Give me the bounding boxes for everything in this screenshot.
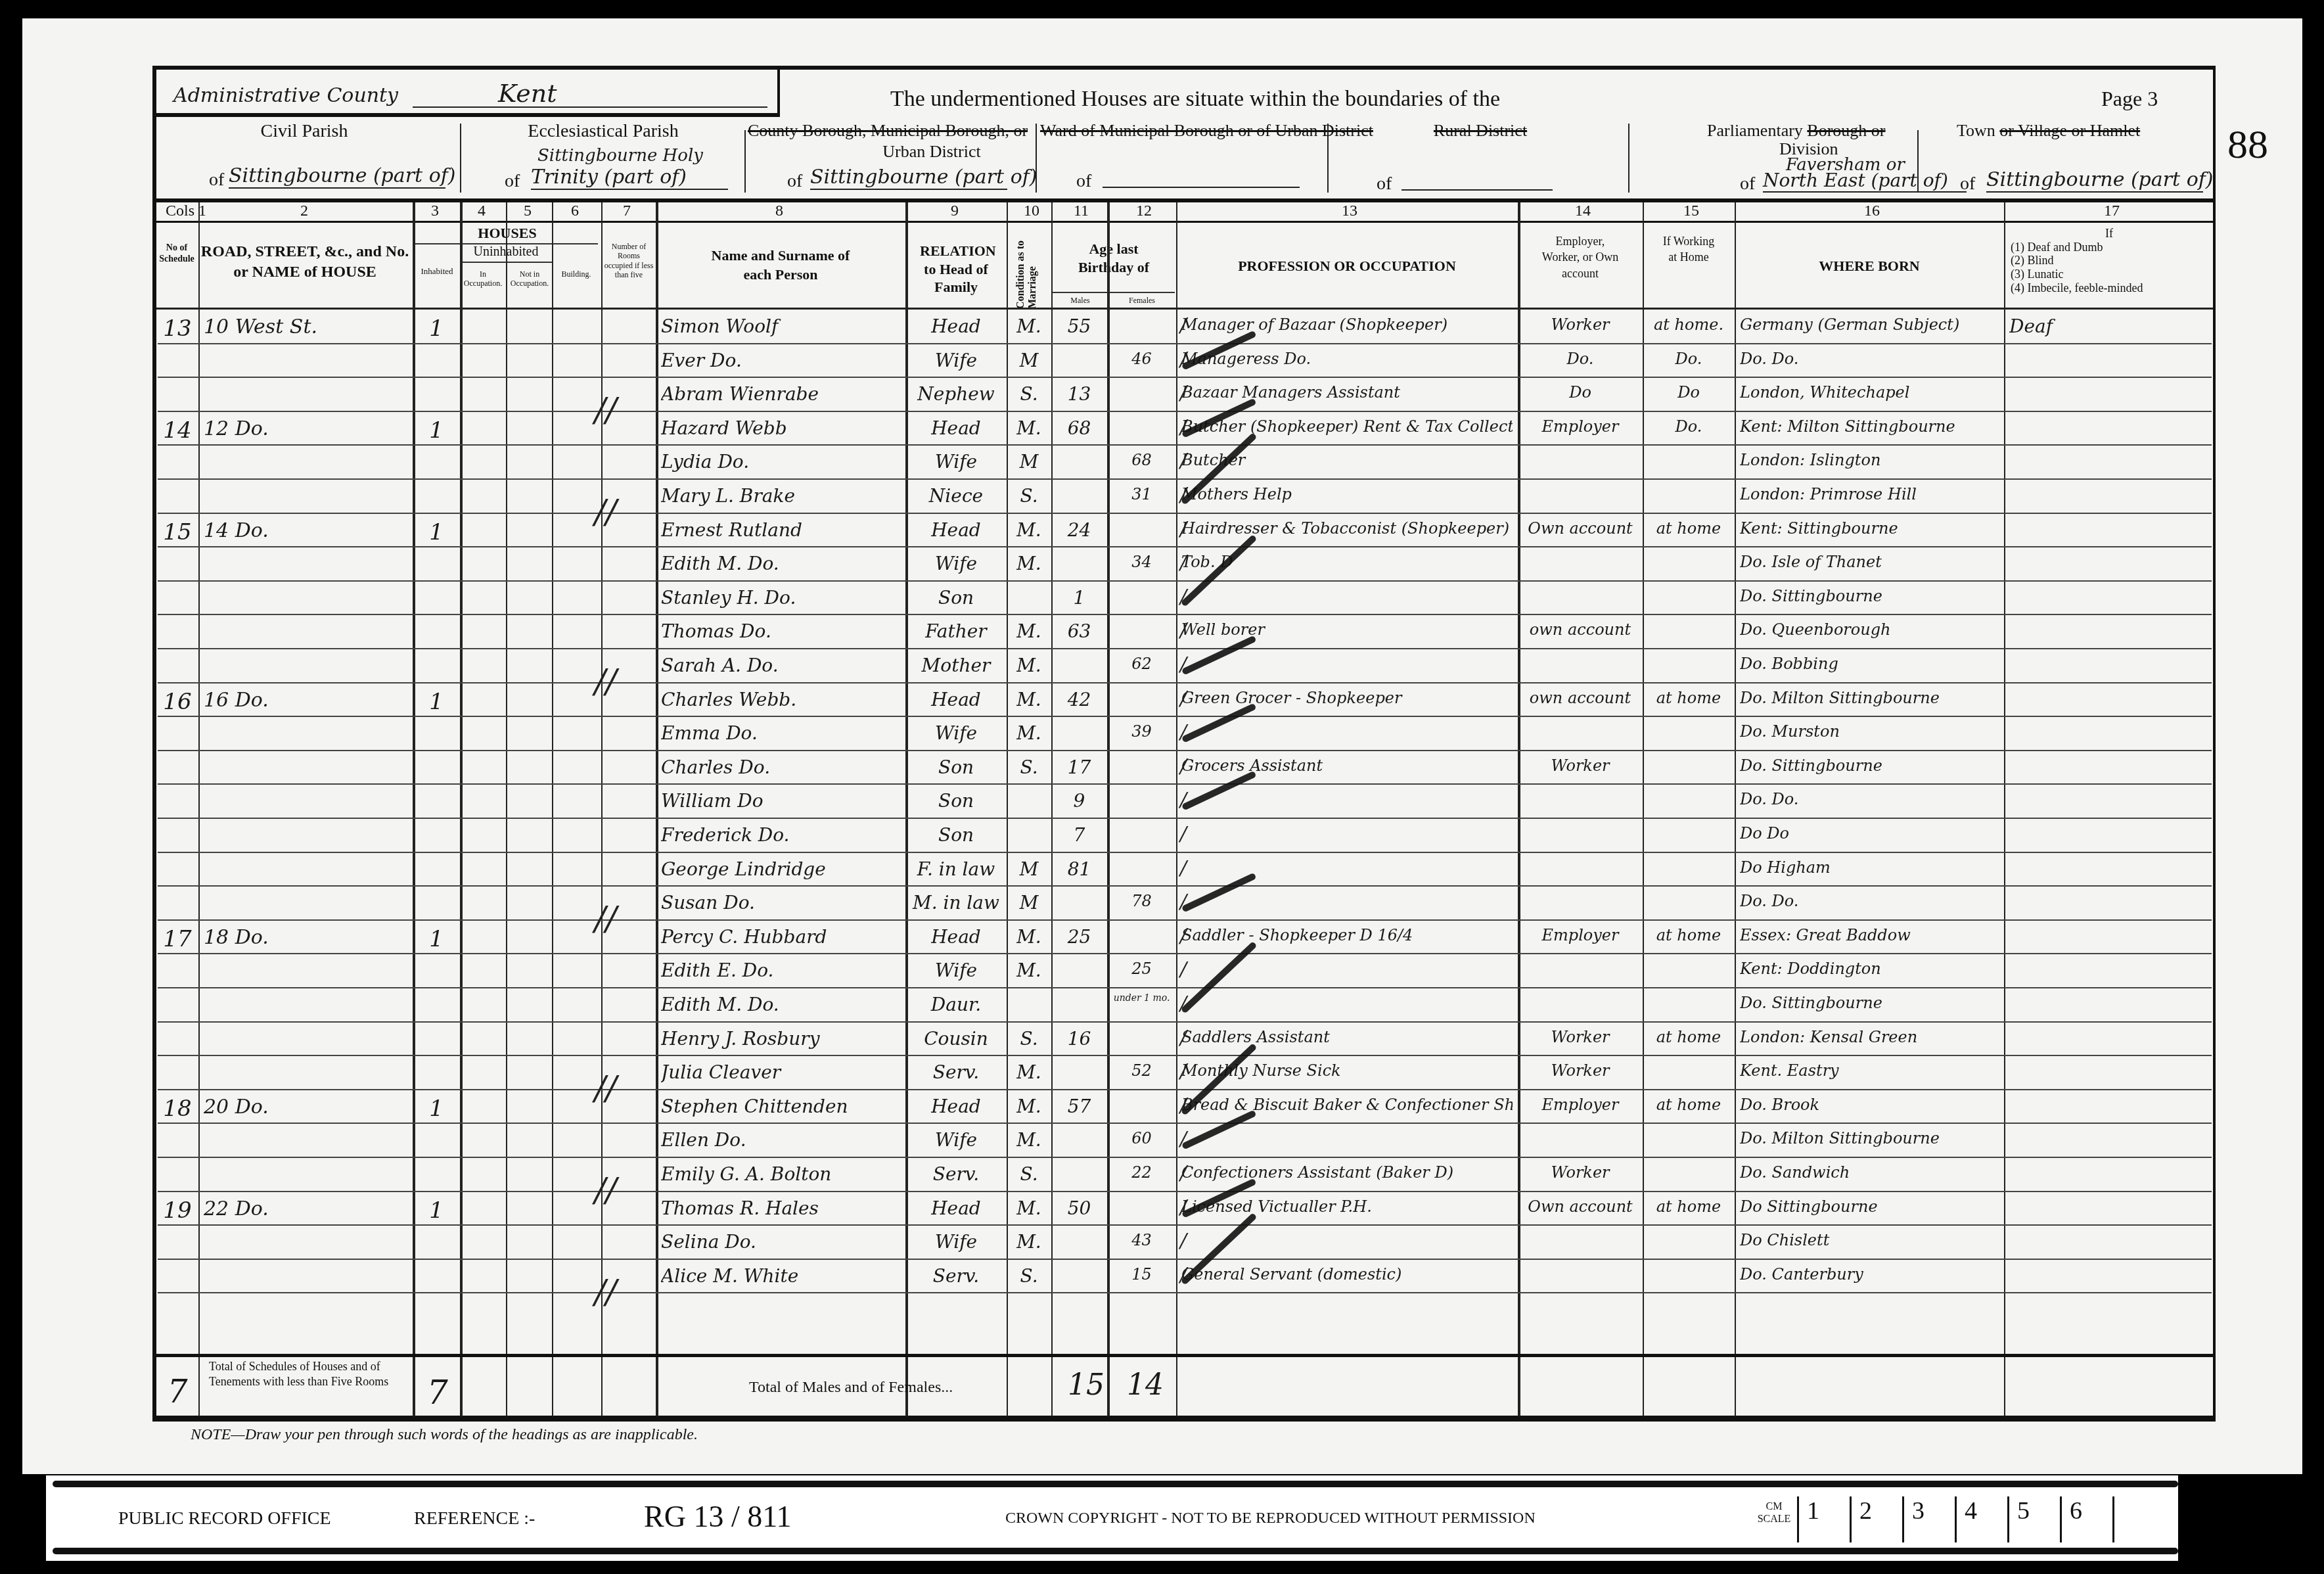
cell-employment: Employer bbox=[1523, 926, 1637, 944]
cell-condition: S. bbox=[1012, 1265, 1046, 1287]
cell-condition: M bbox=[1012, 350, 1046, 371]
cell-condition: S. bbox=[1012, 756, 1046, 778]
cell-name: Emily G. A. Bolton bbox=[661, 1163, 900, 1185]
ward-value-line bbox=[1103, 187, 1300, 188]
table-row: Abram WienrabeNephewS.13Bazaar Managers … bbox=[0, 378, 2324, 412]
col-header-employment: Employer, Worker, or Own account bbox=[1521, 233, 1639, 281]
cell-condition: M. bbox=[1012, 620, 1046, 642]
cell-at-home: Do. bbox=[1648, 417, 1729, 436]
table-row: Mary L. BrakeNieceS.31Mothers HelpLondon… bbox=[0, 480, 2324, 514]
cell-relation: Son bbox=[911, 824, 1001, 846]
cell-age-m: 50 bbox=[1057, 1197, 1102, 1219]
scale-mark: 5 bbox=[2007, 1496, 2059, 1542]
cell-relation: Niece bbox=[911, 485, 1001, 507]
cell-age-m: 81 bbox=[1057, 858, 1102, 880]
household-separator-icon: // bbox=[595, 1273, 617, 1311]
cell-employment: Worker bbox=[1523, 756, 1637, 775]
column-numbers-row: Cols 1234567891011121314151617 bbox=[0, 202, 2324, 222]
cell-age-m: 7 bbox=[1057, 824, 1102, 846]
urban-district-struck-label: County Borough, Municipal Borough, or bbox=[748, 121, 1024, 141]
cell-age-m: 13 bbox=[1057, 383, 1102, 405]
infirmity-item: (3) Lunatic bbox=[2011, 267, 2208, 281]
check-tick-icon: / bbox=[1180, 925, 1187, 948]
cell-age-f: 15 bbox=[1112, 1265, 1171, 1284]
col-header-at-home: If Working at Home bbox=[1646, 233, 1731, 266]
cell-employment: own account bbox=[1523, 620, 1637, 639]
col-header-condition: Condition as to Marriage bbox=[1015, 223, 1038, 309]
cell-age-f: 68 bbox=[1112, 451, 1171, 469]
cell-born: Do Higham bbox=[1740, 858, 1999, 877]
cell-relation: Head bbox=[911, 315, 1001, 337]
cell-condition: M. bbox=[1012, 1129, 1046, 1151]
males-total: 15 bbox=[1068, 1368, 1105, 1402]
eccl-parish-value: Trinity (part of) bbox=[531, 166, 728, 190]
cell-age-m: 24 bbox=[1057, 519, 1102, 541]
cell-born: Do. Milton Sittingbourne bbox=[1740, 1129, 1999, 1147]
cell-age-f: 60 bbox=[1112, 1129, 1171, 1147]
rule bbox=[156, 1354, 2213, 1357]
cell-relation: Head bbox=[911, 519, 1001, 541]
cell-born: Do. Bobbing bbox=[1740, 655, 1999, 673]
footer-reference-value: RG 13 / 811 bbox=[644, 1499, 791, 1534]
cell-relation: Son bbox=[911, 756, 1001, 778]
household-separator-icon: // bbox=[595, 1171, 617, 1209]
cell-address: 18 Do. bbox=[204, 926, 407, 949]
cell-relation: Serv. bbox=[911, 1061, 1001, 1083]
cell-name: Hazard Webb bbox=[661, 417, 900, 439]
cell-at-home: at home bbox=[1648, 689, 1729, 707]
table-row: Edith M. Do.WifeM.34Tob. DDo. Isle of Th… bbox=[0, 547, 2324, 582]
table-row: Edith M. Do.Daur.under 1 mo.Do. Sittingb… bbox=[0, 988, 2324, 1023]
check-tick-icon: / bbox=[1180, 755, 1187, 778]
cell-schedule: 16 bbox=[162, 689, 193, 715]
cell-condition: M. bbox=[1012, 1197, 1046, 1219]
column-number: 2 bbox=[300, 202, 308, 220]
cell-employment: Worker bbox=[1523, 1163, 1637, 1182]
scale-mark: 2 bbox=[1850, 1496, 1901, 1542]
cell-occupation: Manageress Do. bbox=[1181, 350, 1513, 368]
infirmity-item: (2) Blind bbox=[2011, 254, 2208, 267]
check-tick-icon: / bbox=[1180, 958, 1187, 981]
urban-district-label: Urban District bbox=[748, 142, 1024, 162]
folio-number: 88 bbox=[2227, 122, 2268, 168]
table-row: Edith E. Do.WifeM.25Kent: Doddington/ bbox=[0, 954, 2324, 988]
cell-born: Kent. Eastry bbox=[1740, 1061, 1999, 1080]
cell-condition: M. bbox=[1012, 689, 1046, 710]
cell-relation: F. in law bbox=[911, 858, 1001, 880]
cell-age-f: 34 bbox=[1112, 553, 1171, 571]
check-tick-icon: / bbox=[1180, 687, 1187, 710]
cell-employment: Worker bbox=[1523, 1061, 1637, 1080]
page-number: Page 3 bbox=[2101, 87, 2158, 111]
table-row: Stanley H. Do.Son1Do. Sittingbourne/ bbox=[0, 582, 2324, 616]
check-tick-icon: / bbox=[1180, 1060, 1187, 1083]
cell-age-m: 9 bbox=[1057, 790, 1102, 812]
table-row: Henry J. RosburyCousinS.16Saddlers Assis… bbox=[0, 1023, 2324, 1057]
divider bbox=[744, 130, 746, 193]
cell-occupation: Bazaar Managers Assistant bbox=[1181, 383, 1513, 402]
household-separator-icon: // bbox=[595, 900, 617, 938]
cell-born: London: Islington bbox=[1740, 451, 1999, 469]
cell-age-m: 68 bbox=[1057, 417, 1102, 439]
cell-condition: S. bbox=[1012, 485, 1046, 507]
column-number: 9 bbox=[951, 202, 959, 220]
cell-name: Edith M. Do. bbox=[661, 553, 900, 574]
table-row: William DoSon9Do. Do./ bbox=[0, 785, 2324, 819]
cell-age-f: 52 bbox=[1112, 1061, 1171, 1080]
table-row: Selina Do.WifeM.43Do Chislett/ bbox=[0, 1226, 2324, 1260]
cell-at-home: at home bbox=[1648, 1197, 1729, 1216]
cell-occupation: Manager of Bazaar (Shopkeeper) bbox=[1181, 315, 1513, 334]
cell-born: Do. Do. bbox=[1740, 892, 1999, 910]
cell-condition: S. bbox=[1012, 383, 1046, 405]
cell-name: Edith E. Do. bbox=[661, 960, 900, 981]
schedules-total-label: Total of Schedules of Houses and of Tene… bbox=[209, 1359, 399, 1390]
col-header-males: Males bbox=[1053, 296, 1108, 306]
column-number: 5 bbox=[524, 202, 532, 220]
cell-born: Do. Canterbury bbox=[1740, 1265, 1999, 1284]
household-separator-icon: // bbox=[595, 493, 617, 531]
col-header-occupation: PROFESSION OR OCCUPATION bbox=[1179, 258, 1515, 275]
col-header-not-in-occupation: Not in Occupation. bbox=[507, 269, 552, 289]
cell-schedule: 18 bbox=[162, 1096, 193, 1122]
cell-name: Julia Cleaver bbox=[661, 1061, 900, 1083]
cell-age-m: 1 bbox=[1057, 587, 1102, 609]
cell-born: Do. Sandwich bbox=[1740, 1163, 1999, 1182]
column-number: 8 bbox=[775, 202, 783, 220]
rule bbox=[1053, 292, 1175, 293]
table-row: Susan Do.M. in lawM78Do. Do./ bbox=[0, 887, 2324, 921]
col-header-building: Building. bbox=[553, 269, 599, 279]
cell-occupation: Green Grocer - Shopkeeper bbox=[1181, 689, 1513, 707]
cell-occupation: Hairdresser & Tobacconist (Shopkeeper) bbox=[1181, 519, 1513, 538]
parliamentary-label-text: Parliamentary bbox=[1707, 121, 1803, 140]
table-row: Alice M. WhiteServ.S.15General Servant (… bbox=[0, 1260, 2324, 1294]
cell-age-f: 31 bbox=[1112, 485, 1171, 503]
rural-district-value-line bbox=[1401, 189, 1553, 191]
cell-occupation: Saddlers Assistant bbox=[1181, 1028, 1513, 1046]
column-number: 7 bbox=[623, 202, 631, 220]
inhabited-total: 7 bbox=[427, 1374, 448, 1412]
archive-footer: PUBLIC RECORD OFFICE REFERENCE :- RG 13 … bbox=[46, 1475, 2178, 1561]
cell-condition: M. bbox=[1012, 417, 1046, 439]
civil-parish-label: Civil Parish bbox=[156, 121, 452, 142]
check-tick-icon: / bbox=[1180, 1162, 1187, 1185]
cell-name: Sarah A. Do. bbox=[661, 655, 900, 676]
cell-relation: Son bbox=[911, 587, 1001, 609]
cell-schedule: 19 bbox=[162, 1197, 193, 1224]
cell-age-m: 42 bbox=[1057, 689, 1102, 710]
cell-address: 16 Do. bbox=[204, 689, 407, 712]
cell-condition: M bbox=[1012, 892, 1046, 914]
cell-born: Do Do bbox=[1740, 824, 1999, 843]
females-total: 14 bbox=[1127, 1368, 1164, 1402]
cell-born: Do. Queenborough bbox=[1740, 620, 1999, 639]
cell-condition: M. bbox=[1012, 315, 1046, 337]
footer-office: PUBLIC RECORD OFFICE bbox=[118, 1508, 331, 1529]
cell-relation: Wife bbox=[911, 1231, 1001, 1253]
rule bbox=[156, 221, 2213, 223]
check-tick-icon: / bbox=[1180, 450, 1187, 473]
cell-relation: Wife bbox=[911, 451, 1001, 473]
cell-relation: Head bbox=[911, 926, 1001, 948]
cell-born: Do. Sittingbourne bbox=[1740, 994, 1999, 1012]
col-header-in-occupation: In Occupation. bbox=[460, 269, 506, 289]
column-number: 13 bbox=[1342, 202, 1357, 220]
cell-address: 12 Do. bbox=[204, 417, 407, 440]
table-row: 1514 Do.1Ernest RutlandHeadM.24Hairdress… bbox=[0, 514, 2324, 548]
household-separator-icon: // bbox=[595, 1069, 617, 1107]
table-row: Emma Do.WifeM.39Do. Murston/ bbox=[0, 717, 2324, 751]
cell-name: George Lindridge bbox=[661, 858, 900, 880]
divider bbox=[1036, 124, 1037, 193]
cell-at-home: at home. bbox=[1648, 315, 1729, 334]
rural-district-struck-label: Rural District bbox=[1333, 121, 1628, 141]
check-tick-icon: / bbox=[1180, 314, 1187, 337]
cell-address: 22 Do. bbox=[204, 1197, 407, 1220]
cell-name: Stephen Chittenden bbox=[661, 1096, 900, 1117]
cell-name: Ellen Do. bbox=[661, 1129, 900, 1151]
col-header-road: ROAD, STREET, &c., and No. or NAME of HO… bbox=[200, 242, 409, 283]
cell-born: London: Kensal Green bbox=[1740, 1028, 1999, 1046]
cell-age-m: 55 bbox=[1057, 315, 1102, 337]
column-number: 16 bbox=[1864, 202, 1880, 220]
parliamentary-value: North East (part of) bbox=[1763, 170, 1967, 193]
cell-condition: M bbox=[1012, 858, 1046, 880]
footer-scale-label: CM SCALE bbox=[1754, 1500, 1794, 1525]
cell-employment: Own account bbox=[1523, 519, 1637, 538]
page-note: NOTE—Draw your pen through such words of… bbox=[191, 1426, 698, 1444]
cell-name: Henry J. Rosbury bbox=[661, 1028, 900, 1050]
cell-occupation: Mothers Help bbox=[1181, 485, 1513, 503]
check-tick-icon: / bbox=[1180, 619, 1187, 642]
cell-name: Ernest Rutland bbox=[661, 519, 900, 541]
cell-name: Emma Do. bbox=[661, 722, 900, 744]
admin-county-label: Administrative County bbox=[173, 84, 398, 107]
cell-relation: Wife bbox=[911, 1129, 1001, 1151]
table-row: Charles Do.SonS.17Grocers AssistantWorke… bbox=[0, 751, 2324, 785]
table-row: 1616 Do.1Charles Webb.HeadM.42Green Groc… bbox=[0, 683, 2324, 718]
cell-age-f: 46 bbox=[1112, 350, 1171, 368]
cell-employment: Employer bbox=[1523, 1096, 1637, 1114]
cell-occupation: Grocers Assistant bbox=[1181, 756, 1513, 775]
cell-name: Alice M. White bbox=[661, 1265, 900, 1287]
cell-born: London: Primrose Hill bbox=[1740, 485, 1999, 503]
column-number: 10 bbox=[1024, 202, 1039, 220]
cell-condition: M. bbox=[1012, 1096, 1046, 1117]
cell-occupation: Well borer bbox=[1181, 620, 1513, 639]
cell-occupation: General Servant (domestic) bbox=[1181, 1265, 1513, 1284]
col-header-where-born: WHERE BORN bbox=[1738, 258, 2001, 275]
cell-name: Stanley H. Do. bbox=[661, 587, 900, 609]
check-tick-icon: / bbox=[1180, 857, 1187, 880]
column-number: 11 bbox=[1074, 202, 1089, 220]
cell-condition: M. bbox=[1012, 1231, 1046, 1253]
household-separator-icon: // bbox=[595, 391, 617, 429]
cell-name: Abram Wienrabe bbox=[661, 383, 900, 405]
cell-born: Do. Murston bbox=[1740, 722, 1999, 741]
cell-occupation: Saddler - Shopkeeper D 16/4 bbox=[1181, 926, 1513, 944]
cell-relation: Cousin bbox=[911, 1028, 1001, 1050]
cell-name: William Do bbox=[661, 790, 900, 812]
cell-age-m: 16 bbox=[1057, 1028, 1102, 1050]
admin-county-box: Administrative County Kent bbox=[156, 70, 780, 117]
column-number: 4 bbox=[478, 202, 486, 220]
cell-inhabited: 1 bbox=[418, 1096, 455, 1122]
admin-county-line bbox=[413, 106, 767, 108]
table-row: 1922 Do.1Thomas R. HalesHeadM.50Licensed… bbox=[0, 1192, 2324, 1226]
cell-at-home: at home bbox=[1648, 1096, 1729, 1114]
ward-struck-label: Ward of Municipal Borough or of Urban Di… bbox=[1040, 121, 1323, 141]
cell-name: Thomas Do. bbox=[661, 620, 900, 642]
cell-relation: Wife bbox=[911, 553, 1001, 574]
cell-born: Do. Sittingbourne bbox=[1740, 756, 1999, 775]
cell-born: Kent: Doddington bbox=[1740, 960, 1999, 978]
scale-mark: 4 bbox=[1955, 1496, 2006, 1542]
cell-employment: own account bbox=[1523, 689, 1637, 707]
cell-age-f: 39 bbox=[1112, 722, 1171, 741]
cell-relation: Head bbox=[911, 1197, 1001, 1219]
cell-at-home: at home bbox=[1648, 519, 1729, 538]
cell-born: Do Sittingbourne bbox=[1740, 1197, 1999, 1216]
cell-relation: Head bbox=[911, 689, 1001, 710]
cell-relation: Serv. bbox=[911, 1265, 1001, 1287]
cell-born: Do. Do. bbox=[1740, 350, 1999, 368]
cell-age-f: 78 bbox=[1112, 892, 1171, 910]
cell-age-m: 57 bbox=[1057, 1096, 1102, 1117]
cell-condition: M. bbox=[1012, 926, 1046, 948]
col-header-relation: RELATION to Head of Family bbox=[907, 242, 1005, 296]
scale-mark: 6 bbox=[2060, 1496, 2111, 1542]
cell-age-m: 25 bbox=[1057, 926, 1102, 948]
cell-relation: Serv. bbox=[911, 1163, 1001, 1185]
table-row: Ever Do.WifeM46Manageress Do.Do.Do.Do. D… bbox=[0, 344, 2324, 379]
rule bbox=[156, 308, 2213, 310]
column-number: 12 bbox=[1136, 202, 1152, 220]
cell-inhabited: 1 bbox=[418, 315, 455, 342]
col-header-rooms: Number of Rooms occupied if less than fi… bbox=[603, 242, 654, 280]
scale-mark-blank bbox=[2112, 1496, 2178, 1542]
cell-born: Do. Do. bbox=[1740, 790, 1999, 808]
cell-relation: M. in law bbox=[911, 892, 1001, 914]
rural-district-of: of bbox=[1377, 174, 1392, 195]
cell-relation: Wife bbox=[911, 722, 1001, 744]
check-tick-icon: / bbox=[1180, 1230, 1187, 1253]
cell-born: Do Chislett bbox=[1740, 1231, 1999, 1249]
column-number: 14 bbox=[1575, 202, 1591, 220]
cell-name: Thomas R. Hales bbox=[661, 1197, 900, 1219]
infirmity-item: (1) Deaf and Dumb bbox=[2011, 241, 2208, 254]
col-header-houses: HOUSES bbox=[415, 225, 599, 242]
cell-relation: Father bbox=[911, 620, 1001, 642]
cell-name: Lydia Do. bbox=[661, 451, 900, 473]
table-row: 1412 Do.1Hazard WebbHeadM.68Butcher (Sho… bbox=[0, 412, 2324, 446]
cell-occupation: Licensed Victualler P.H. bbox=[1181, 1197, 1513, 1216]
cell-schedule: 13 bbox=[162, 315, 193, 342]
cell-born: Germany (German Subject) bbox=[1740, 315, 1999, 334]
footer-reference-label: REFERENCE :- bbox=[414, 1508, 535, 1529]
cell-name: Mary L. Brake bbox=[661, 485, 900, 507]
table-row: Frederick Do.Son7Do Do/ bbox=[0, 819, 2324, 853]
cell-employment: Own account bbox=[1523, 1197, 1637, 1216]
cell-address: 14 Do. bbox=[204, 519, 407, 542]
cell-schedule: 14 bbox=[162, 417, 193, 444]
cell-condition: M. bbox=[1012, 722, 1046, 744]
check-tick-icon: / bbox=[1180, 518, 1187, 541]
cell-relation: Wife bbox=[911, 350, 1001, 371]
cell-condition: S. bbox=[1012, 1028, 1046, 1050]
check-tick-icon: / bbox=[1180, 823, 1187, 846]
cell-inhabited: 1 bbox=[418, 417, 455, 444]
cell-inhabited: 1 bbox=[418, 689, 455, 715]
cell-inhabited: 1 bbox=[418, 926, 455, 952]
col-header-inhabited: Inhabited bbox=[415, 266, 459, 277]
cell-condition: M. bbox=[1012, 960, 1046, 981]
check-tick-icon: / bbox=[1180, 1027, 1187, 1050]
cell-born: Do. Isle of Thanet bbox=[1740, 553, 1999, 571]
table-row: Thomas Do.FatherM.63Well borerown accoun… bbox=[0, 615, 2324, 649]
parliamentary-of: of bbox=[1740, 174, 1755, 195]
cell-relation: Wife bbox=[911, 960, 1001, 981]
cell-born: Kent: Milton Sittingbourne bbox=[1740, 417, 1999, 436]
cell-name: Edith M. Do. bbox=[661, 994, 900, 1015]
header-title: The undermentioned Houses are situate wi… bbox=[890, 87, 1500, 112]
cell-employment: Do. bbox=[1523, 350, 1637, 368]
table-row: 1820 Do.1Stephen ChittendenHeadM.57Bread… bbox=[0, 1090, 2324, 1124]
cell-at-home: at home bbox=[1648, 926, 1729, 944]
cell-condition: M. bbox=[1012, 519, 1046, 541]
table-row: Sarah A. Do.MotherM.62Do. Bobbing/ bbox=[0, 649, 2324, 683]
cell-age-f: 62 bbox=[1112, 655, 1171, 673]
cell-condition: M. bbox=[1012, 655, 1046, 676]
table-row: George LindridgeF. in lawM81Do Higham/ bbox=[0, 853, 2324, 887]
cell-name: Charles Do. bbox=[661, 756, 900, 778]
cell-at-home: Do bbox=[1648, 383, 1729, 402]
cell-condition: M. bbox=[1012, 1061, 1046, 1083]
cell-name: Frederick Do. bbox=[661, 824, 900, 846]
cell-born: Kent: Sittingbourne bbox=[1740, 519, 1999, 538]
cell-relation: Mother bbox=[911, 655, 1001, 676]
cell-relation: Head bbox=[911, 1096, 1001, 1117]
urban-district-of: of bbox=[787, 171, 802, 192]
ward-of: of bbox=[1076, 171, 1091, 192]
cell-born: London, Whitechapel bbox=[1740, 383, 1999, 402]
rule bbox=[152, 1416, 2216, 1422]
cell-employment: Employer bbox=[1523, 417, 1637, 436]
column-number: 6 bbox=[571, 202, 579, 220]
cell-relation: Son bbox=[911, 790, 1001, 812]
cell-name: Selina Do. bbox=[661, 1231, 900, 1253]
cell-inhabited: 1 bbox=[418, 519, 455, 545]
rule bbox=[53, 1548, 2178, 1554]
cell-condition: M. bbox=[1012, 553, 1046, 574]
cell-relation: Head bbox=[911, 417, 1001, 439]
cell-name: Susan Do. bbox=[661, 892, 900, 914]
column-number: 3 bbox=[431, 202, 439, 220]
cell-infirmity: Deaf bbox=[2009, 315, 2208, 337]
cell-address: 20 Do. bbox=[204, 1096, 407, 1119]
cell-age-f: 22 bbox=[1112, 1163, 1171, 1182]
cell-condition: M bbox=[1012, 451, 1046, 473]
rule bbox=[53, 1481, 2178, 1487]
cell-born: Essex: Great Baddow bbox=[1740, 926, 1999, 944]
footer-copyright: CROWN COPYRIGHT - NOT TO BE REPRODUCED W… bbox=[1005, 1510, 1536, 1527]
cell-employment: Worker bbox=[1523, 1028, 1637, 1046]
cell-name: Ever Do. bbox=[661, 350, 900, 371]
parliamentary-struck: Borough or bbox=[1807, 121, 1885, 140]
cell-relation: Daur. bbox=[911, 994, 1001, 1015]
infirmity-if: If bbox=[2011, 227, 2208, 241]
